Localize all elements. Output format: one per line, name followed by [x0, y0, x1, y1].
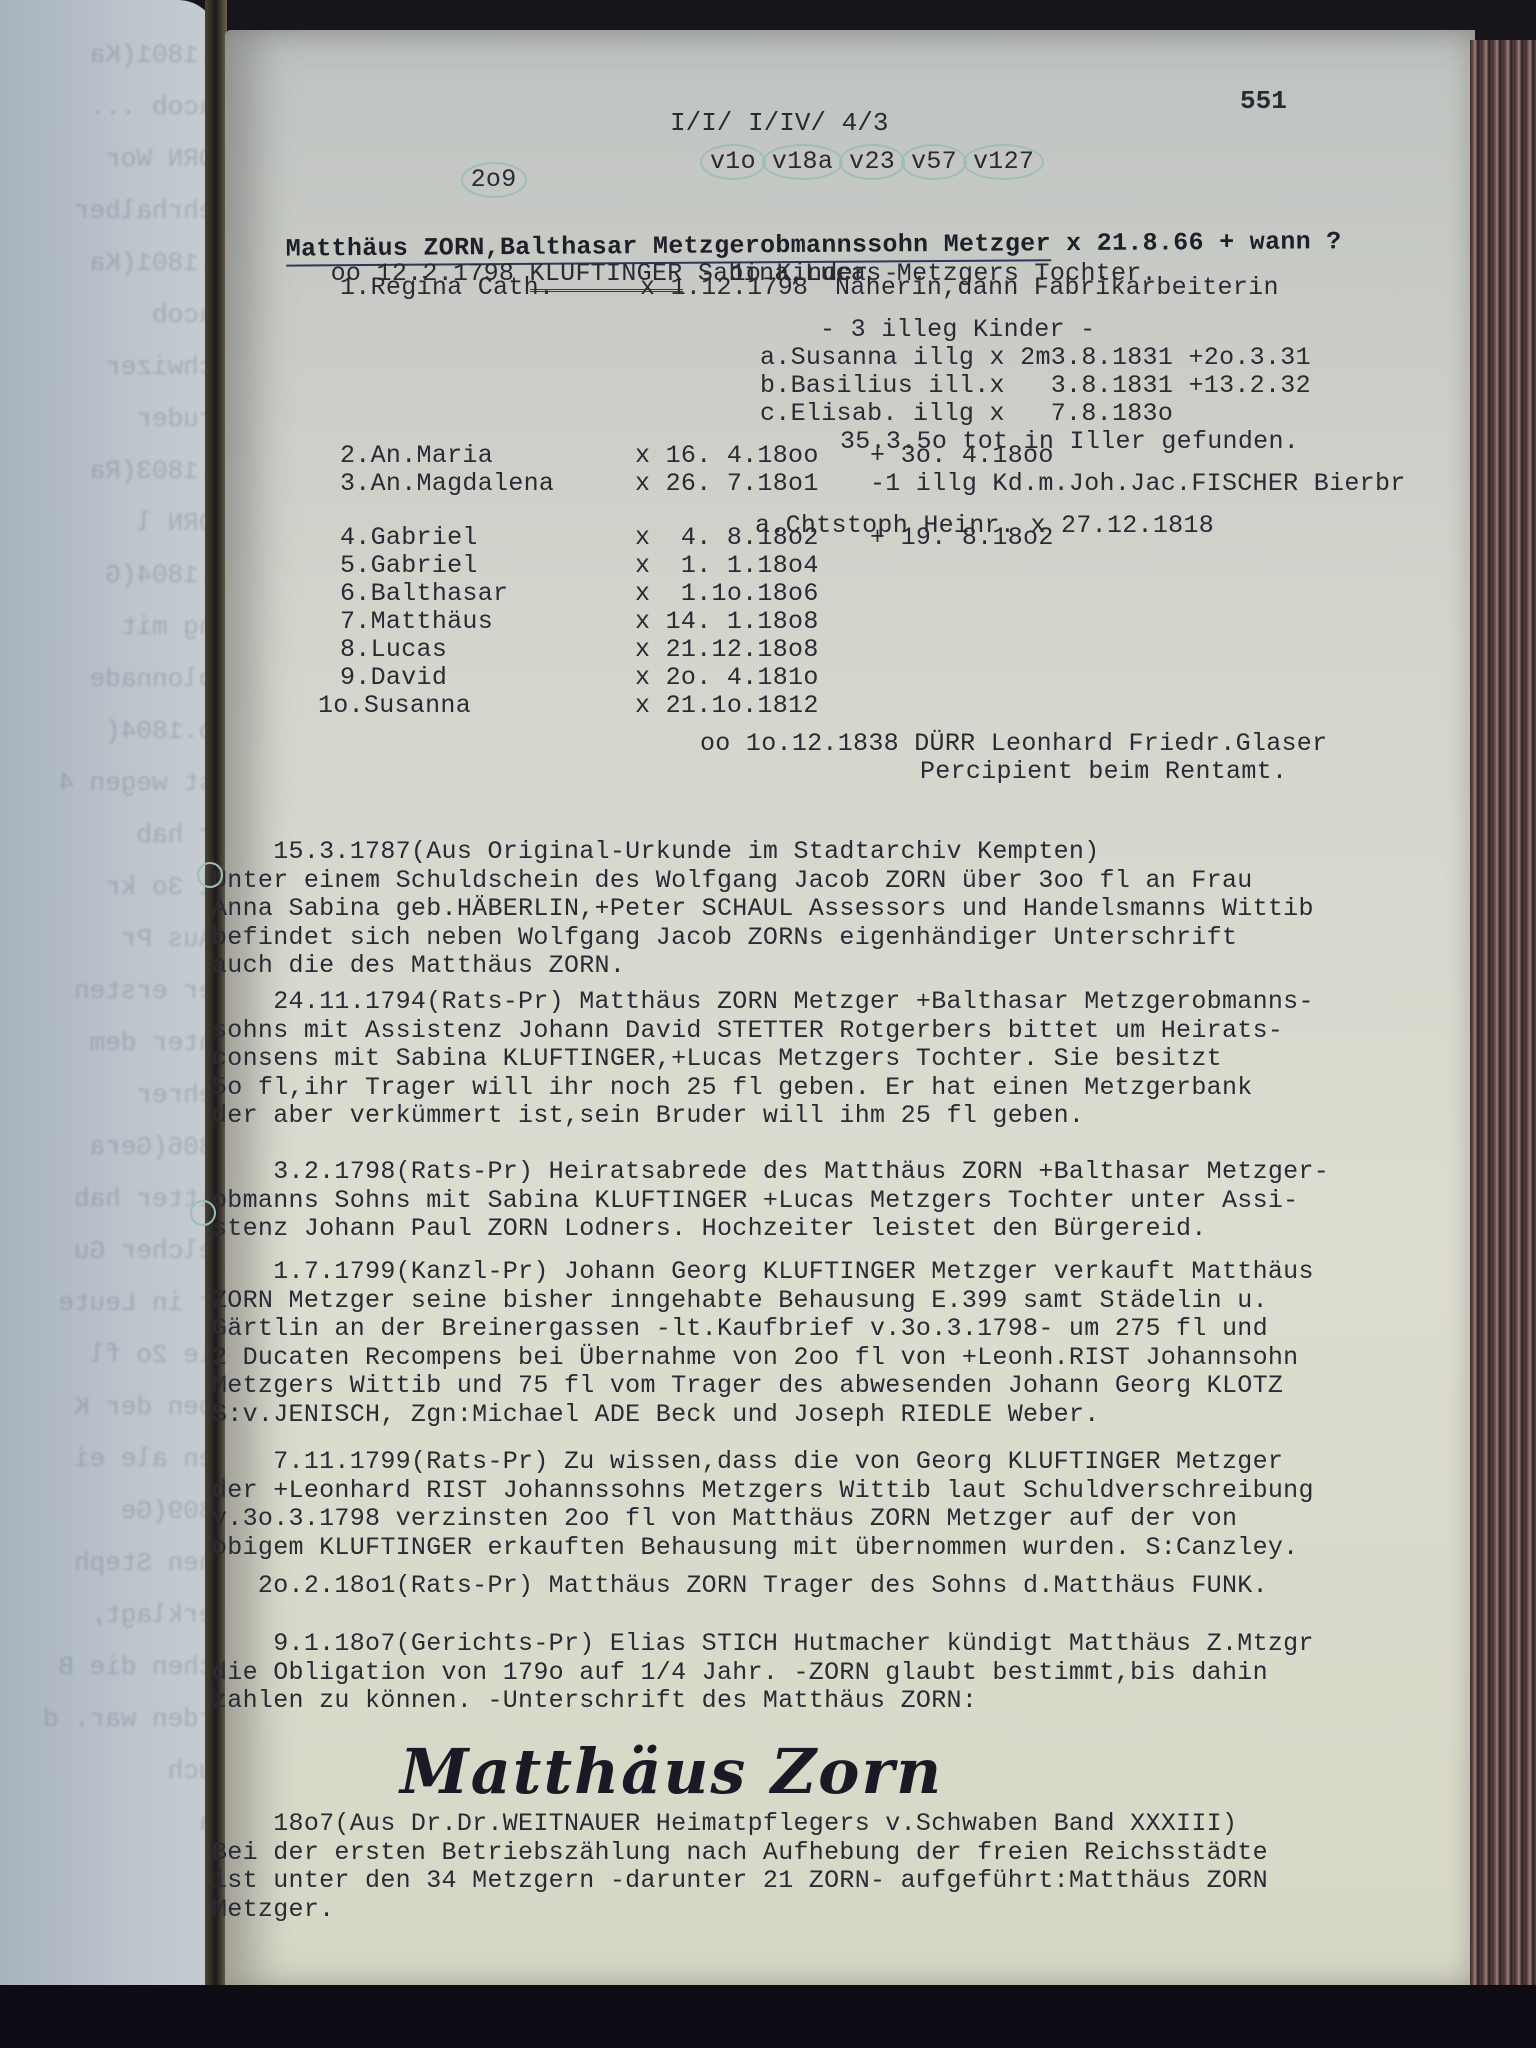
child-birth-date: x 14. 1.18o8: [635, 608, 819, 636]
illegitimate-child: a.Susanna illg x 2m3.8.1831 +2o.3.31: [760, 344, 1311, 372]
ghost-line: chen Steph: [0, 1548, 218, 1578]
death-note: 35.3.5o tot in Iller gefunden.: [840, 428, 1299, 456]
volume-ref: v1o: [700, 144, 766, 180]
child-birth-date: x 21.12.18o8: [635, 636, 819, 664]
ghost-line: Lehrhalber: [0, 196, 218, 226]
margin-mark: [190, 1200, 216, 1226]
volume-ref: v127: [963, 144, 1044, 180]
entry-line: sohns mit Assistenz Johann David STETTER…: [212, 1017, 1283, 1045]
entry-line: obmanns Sohns mit Sabina KLUFTINGER +Luc…: [212, 1187, 1298, 1215]
ghost-line: Jacob ...: [0, 92, 218, 122]
illegitimate-heading: - 3 illeg Kinder -: [820, 316, 1095, 344]
child-birth-date: x 1. 1.18o4: [635, 552, 819, 580]
ghost-line: 1o.1804(: [0, 716, 218, 746]
ghost-line: Jacob: [0, 300, 218, 330]
entry-line: 2o.2.18o1(Rats-Pr) Matthäus ZORN Trager …: [212, 1572, 1268, 1600]
ghost-line: Auch: [0, 1756, 218, 1786]
child-note: -1 illg Kd.m.Joh.Jac.FISCHER Bierbr: [870, 470, 1406, 498]
child3-sub: a.Chtstoph Heinr. x 27.12.1818: [755, 512, 1214, 540]
entry-line: Anna Sabina geb.HÄBERLIN,+Peter SCHAUL A…: [212, 895, 1314, 923]
child-name: 3.An.Magdalena: [340, 470, 554, 498]
child-birth-date: x 21.1o.1812: [635, 692, 819, 720]
entry-line: zahlen zu können. -Unterschrift des Matt…: [212, 1687, 977, 1715]
entry-line: 15.3.1787(Aus Original-Urkunde im Stadta…: [212, 838, 1100, 866]
entry-line: 3.2.1798(Rats-Pr) Heiratsabrede des Matt…: [212, 1158, 1329, 1186]
entry-line: ZORN Metzger seine bisher inngehabte Beh…: [212, 1287, 1268, 1315]
ghost-line: er in Leute: [0, 1288, 218, 1318]
ghost-line: welcher Gu: [0, 1236, 218, 1266]
child-name: 1o.Susanna: [318, 692, 471, 720]
entry-line: 7.11.1799(Rats-Pr) Zu wissen,dass die vo…: [212, 1448, 1283, 1476]
child-note: Näherin,dann Fabrikarbeiterin: [835, 274, 1279, 302]
ghost-line: 1.1801(Ka: [0, 248, 218, 278]
entry-line: S:v.JENISCH, Zgn:Michael ADE Beck und Jo…: [212, 1401, 1100, 1429]
page-number: 551: [1240, 86, 1287, 116]
child-name: 6.Balthasar: [340, 580, 508, 608]
child-birth-date: x 16. 4.18oo: [635, 442, 819, 470]
entry-line: stenz Johann Paul ZORN Lodners. Hochzeit…: [212, 1215, 1207, 1243]
ghost-line: 1809(Ge: [0, 1496, 218, 1526]
entry-line: 9.1.18o7(Gerichts-Pr) Elias STICH Hutmac…: [212, 1630, 1314, 1658]
ghost-line: ung mit: [0, 612, 218, 642]
record-number: 2o9: [430, 134, 523, 198]
entry-line: v.3o.3.1798 verzinsten 2oo fl von Matthä…: [212, 1505, 1237, 1533]
ghost-line: unter dem: [0, 1028, 218, 1058]
ghost-line: Bruder: [0, 404, 218, 434]
illegitimate-child: b.Basilius ill.x 3.8.1831 +13.2.32: [760, 372, 1311, 400]
entry-line: 24.11.1794(Rats-Pr) Matthäus ZORN Metzge…: [212, 988, 1314, 1016]
child-birth-date: x 26. 7.18o1: [635, 470, 819, 498]
entry-line: 2 Ducaten Recompens bei Übernahme von 2o…: [212, 1344, 1298, 1372]
ghost-line: Kolonnade: [0, 664, 218, 694]
ghost-line: ZORN l: [0, 508, 218, 538]
entry-line: ist unter den 34 Metzgern -darunter 21 Z…: [212, 1867, 1268, 1895]
entry-line: der aber verkümmert ist,sein Bruder will…: [212, 1102, 1084, 1130]
child-birth-date: x 1.12.1798: [640, 274, 808, 302]
page-edges: [1470, 40, 1536, 2000]
entry-line: Gärtlin an der Breinergassen -lt.Kaufbri…: [212, 1315, 1268, 1343]
ghost-line: (Aus Pr: [0, 924, 218, 954]
volume-refs: v1ov18av23v57v127: [700, 144, 1040, 180]
ghost-line: echen die B: [0, 1652, 218, 1682]
reference-code: I/I/ I/IV/ 4/3: [670, 108, 888, 138]
entry-line: auch die des Matthäus ZORN.: [212, 952, 625, 980]
entry-line: 1.7.1799(Kanzl-Pr) Johann Georg KLUFTING…: [212, 1258, 1314, 1286]
signature: Matthäus Zorn: [400, 1735, 943, 1808]
child-name: 4.Gabriel: [340, 524, 478, 552]
child-name: 8.Lucas: [340, 636, 447, 664]
ghost-line: ist wegen 4: [0, 768, 218, 798]
ghost-line: orden war. d: [0, 1704, 218, 1734]
ghost-line: Ritter hab: [0, 1184, 218, 1214]
record-number-circle: 2o9: [461, 162, 527, 198]
background-shadow: [0, 1985, 1536, 2048]
entry-line: consens mit Sabina KLUFTINGER,+Lucas Met…: [212, 1045, 1222, 1073]
volume-ref: v23: [839, 144, 905, 180]
ghost-line: o.1801(Ka: [0, 40, 218, 70]
entry-line: Unter einem Schuldschein des Wolfgang Ja…: [212, 867, 1253, 895]
child-birth-date: x 1.1o.18o6: [635, 580, 819, 608]
ghost-line: Da: [0, 1808, 218, 1838]
child-name: 1.Regina Cath.: [340, 274, 554, 302]
ghost-line: verklagt,: [0, 1600, 218, 1630]
entry-line: Metzgers Wittib und 75 fl vom Trager des…: [212, 1372, 1283, 1400]
margin-mark: [197, 862, 223, 888]
child-name: 9.David: [340, 664, 447, 692]
entry-line: 5o fl,ihr Trager will ihr noch 25 fl geb…: [212, 1074, 1253, 1102]
entry-line: 18o7(Aus Dr.Dr.WEITNAUER Heimatpflegers …: [212, 1810, 1237, 1838]
ghost-line: 3.1804(G: [0, 560, 218, 590]
entry-line: der +Leonhard RIST Johannssohns Metzgers…: [212, 1477, 1314, 1505]
child10-marriage-1: oo 1o.12.1838 DÜRR Leonhard Friedr.Glase…: [700, 730, 1327, 758]
entry-line: die Obligation von 179o auf 1/4 Jahr. -Z…: [212, 1659, 1268, 1687]
ghost-line: die 2o fl: [0, 1340, 218, 1370]
ghost-line: der ersten: [0, 976, 218, 1006]
entry-line: Metzger.: [212, 1896, 334, 1924]
illegitimate-child: c.Elisab. illg x 7.8.183o: [760, 400, 1173, 428]
ghost-line: gen ale ei: [0, 1444, 218, 1474]
ghost-line: 4.1803(Ra: [0, 456, 218, 486]
child-name: 5.Gabriel: [340, 552, 478, 580]
volume-ref: v57: [901, 144, 967, 180]
entry-line: befindet sich neben Wolfgang Jacob ZORNs…: [212, 924, 1237, 952]
child-name: 7.Matthäus: [340, 608, 493, 636]
entry-line: obigem KLUFTINGER erkauften Behausung mi…: [212, 1534, 1298, 1562]
ghost-line: Schwizer: [0, 352, 218, 382]
left-page: o.1801(KaJacob ... ZORN WorLehrhalber1.1…: [0, 0, 218, 1990]
entry-line: Bei der ersten Betriebszählung nach Aufh…: [212, 1839, 1268, 1867]
ghost-line: er hab: [0, 820, 218, 850]
child-name: 2.An.Maria: [340, 442, 493, 470]
ghost-line: fl 3o kr: [0, 872, 218, 902]
volume-ref: v18a: [762, 144, 843, 180]
ghost-line: Lehrer: [0, 1080, 218, 1110]
ghost-line: ZORN Wor: [0, 144, 218, 174]
ghost-line: 1806(Gera: [0, 1132, 218, 1162]
child10-marriage-2: Percipient beim Rentamt.: [920, 758, 1287, 786]
ghost-line: eben der K: [0, 1392, 218, 1422]
child-birth-date: x 2o. 4.181o: [635, 664, 819, 692]
